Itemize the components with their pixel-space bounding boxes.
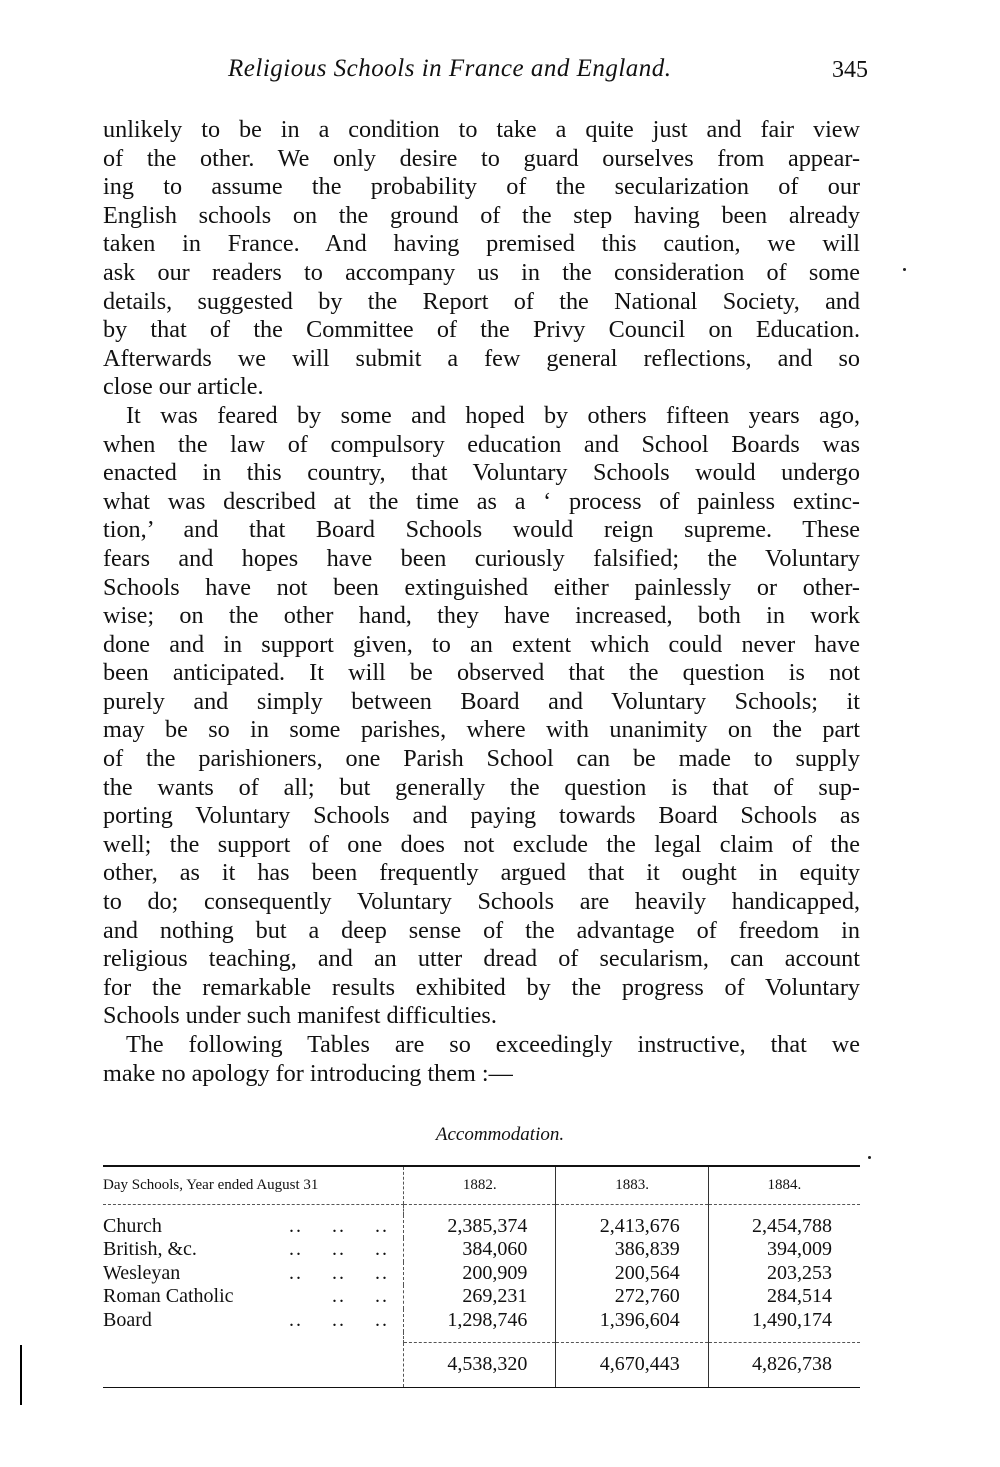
cell-value: 200,909: [404, 1262, 556, 1286]
cell-value: 200,564: [556, 1262, 708, 1286]
cell-value: 284,514: [708, 1285, 860, 1309]
text-line: make no apology for introducing them :—: [103, 1060, 860, 1089]
text-line: Afterwards we will submit a few general …: [103, 345, 860, 374]
total-value: 4,826,738: [708, 1343, 860, 1387]
text-line: for the remarkable results exhibited by …: [103, 974, 860, 1003]
paragraph-2: It was feared by some and hoped by other…: [103, 402, 860, 1031]
cell-value: 1,490,174: [708, 1309, 860, 1333]
text-line: porting Voluntary Schools and paying tow…: [103, 802, 860, 831]
text-line: English schools on the ground of the ste…: [103, 202, 860, 231]
column-header: 1882.: [404, 1167, 556, 1205]
text-line: the wants of all; but generally the ques…: [103, 774, 860, 803]
text-line: and nothing but a deep sense of the adva…: [103, 917, 860, 946]
table-row: Board.. .. .. 1,298,746 1,396,604 1,490,…: [103, 1309, 860, 1333]
text-line: to do; consequently Voluntary Schools ar…: [103, 888, 860, 917]
row-label: Church: [103, 1215, 162, 1237]
row-label: Board: [103, 1309, 152, 1331]
text-line: wise; on the other hand, they have incre…: [103, 602, 860, 631]
leader-dots: .. ..: [332, 1285, 403, 1309]
text-line: well; the support of one does not exclud…: [103, 831, 860, 860]
text-line: Schools under such manifest difficulties…: [103, 1002, 860, 1031]
leader-dots: .. .. ..: [289, 1309, 403, 1333]
leader-dots: .. .. ..: [289, 1262, 403, 1286]
text-line: what was described at the time as a ‘ pr…: [103, 488, 860, 517]
cell-value: 269,231: [404, 1285, 556, 1309]
table-header-row: Day Schools, Year ended August 31 1882. …: [103, 1167, 860, 1205]
table-row: Wesleyan.. .. .. 200,909 200,564 203,253: [103, 1262, 860, 1286]
row-label: Roman Catholic: [103, 1285, 234, 1307]
cell-value: 386,839: [556, 1238, 708, 1262]
text-line: other, as it has been frequently argued …: [103, 859, 860, 888]
table-caption: Accommodation.: [0, 1124, 1000, 1146]
column-header: 1883.: [556, 1167, 708, 1205]
paragraph-3: The following Tables are so exceedingly …: [103, 1031, 860, 1088]
table-bottom-rule: [103, 1387, 860, 1389]
accommodation-table: Day Schools, Year ended August 31 1882. …: [103, 1165, 860, 1388]
text-line: enacted in this country, that Voluntary …: [103, 459, 860, 488]
text-line: purely and simply between Board and Volu…: [103, 688, 860, 717]
text-line: fears and hopes have been curiously fals…: [103, 545, 860, 574]
margin-scan-mark: [20, 1345, 22, 1405]
cell-value: 2,454,788: [708, 1215, 860, 1239]
text-line: The following Tables are so exceedingly …: [103, 1031, 860, 1060]
text-line: of the parishioners, one Parish School c…: [103, 745, 860, 774]
cell-value: 2,385,374: [404, 1215, 556, 1239]
row-label: Wesleyan: [103, 1262, 180, 1284]
cell-value: 203,253: [708, 1262, 860, 1286]
cell-value: 384,060: [404, 1238, 556, 1262]
row-label: British, &c.: [103, 1238, 197, 1260]
text-line: by that of the Committee of the Privy Co…: [103, 316, 860, 345]
cell-value: 394,009: [708, 1238, 860, 1262]
column-header: 1884.: [708, 1167, 860, 1205]
stray-mark: [868, 1156, 871, 1159]
leader-dots: .. .. ..: [289, 1238, 403, 1262]
text-line: It was feared by some and hoped by other…: [103, 402, 860, 431]
table-row: Roman Catholic.. .. 269,231 272,760 284,…: [103, 1285, 860, 1309]
article-body: unlikely to be in a condition to take a …: [103, 116, 860, 1088]
paragraph-1: unlikely to be in a condition to take a …: [103, 116, 860, 402]
text-line: Schools have not been extinguished eithe…: [103, 574, 860, 603]
text-line: ing to assume the probability of the sec…: [103, 173, 860, 202]
table-row: British, &c... .. .. 384,060 386,839 394…: [103, 1238, 860, 1262]
text-line: may be so in some parishes, where with u…: [103, 716, 860, 745]
text-line: been anticipated. It will be observed th…: [103, 659, 860, 688]
text-line: details, suggested by the Report of the …: [103, 288, 860, 317]
text-line: taken in France. And having premised thi…: [103, 230, 860, 259]
text-line: ask our readers to accompany us in the c…: [103, 259, 860, 288]
running-title: Religious Schools in France and England.: [228, 55, 672, 83]
page-number: 345: [832, 57, 868, 84]
text-line: close our article.: [103, 373, 860, 402]
text-line: unlikely to be in a condition to take a …: [103, 116, 860, 145]
cell-value: 2,413,676: [556, 1215, 708, 1239]
table-row: Church .. .. .. 2,385,374 2,413,676 2,45…: [103, 1215, 860, 1239]
total-value: 4,538,320: [404, 1343, 556, 1387]
cell-value: 272,760: [556, 1285, 708, 1309]
stray-mark: [903, 268, 906, 271]
text-line: done and in support given, to an extent …: [103, 631, 860, 660]
text-line: tion,’ and that Board Schools would reig…: [103, 516, 860, 545]
cell-value: 1,298,746: [404, 1309, 556, 1333]
text-line: when the law of compulsory education and…: [103, 431, 860, 460]
table-total-row: 4,538,320 4,670,443 4,826,738: [103, 1343, 860, 1387]
running-header: Religious Schools in France and England.…: [228, 55, 868, 95]
text-line: of the other. We only desire to guard ou…: [103, 145, 860, 174]
leader-dots: .. .. ..: [289, 1215, 403, 1239]
text-line: religious teaching, and an utter dread o…: [103, 945, 860, 974]
cell-value: 1,396,604: [556, 1309, 708, 1333]
column-header: Day Schools, Year ended August 31: [103, 1167, 404, 1205]
total-value: 4,670,443: [556, 1343, 708, 1387]
